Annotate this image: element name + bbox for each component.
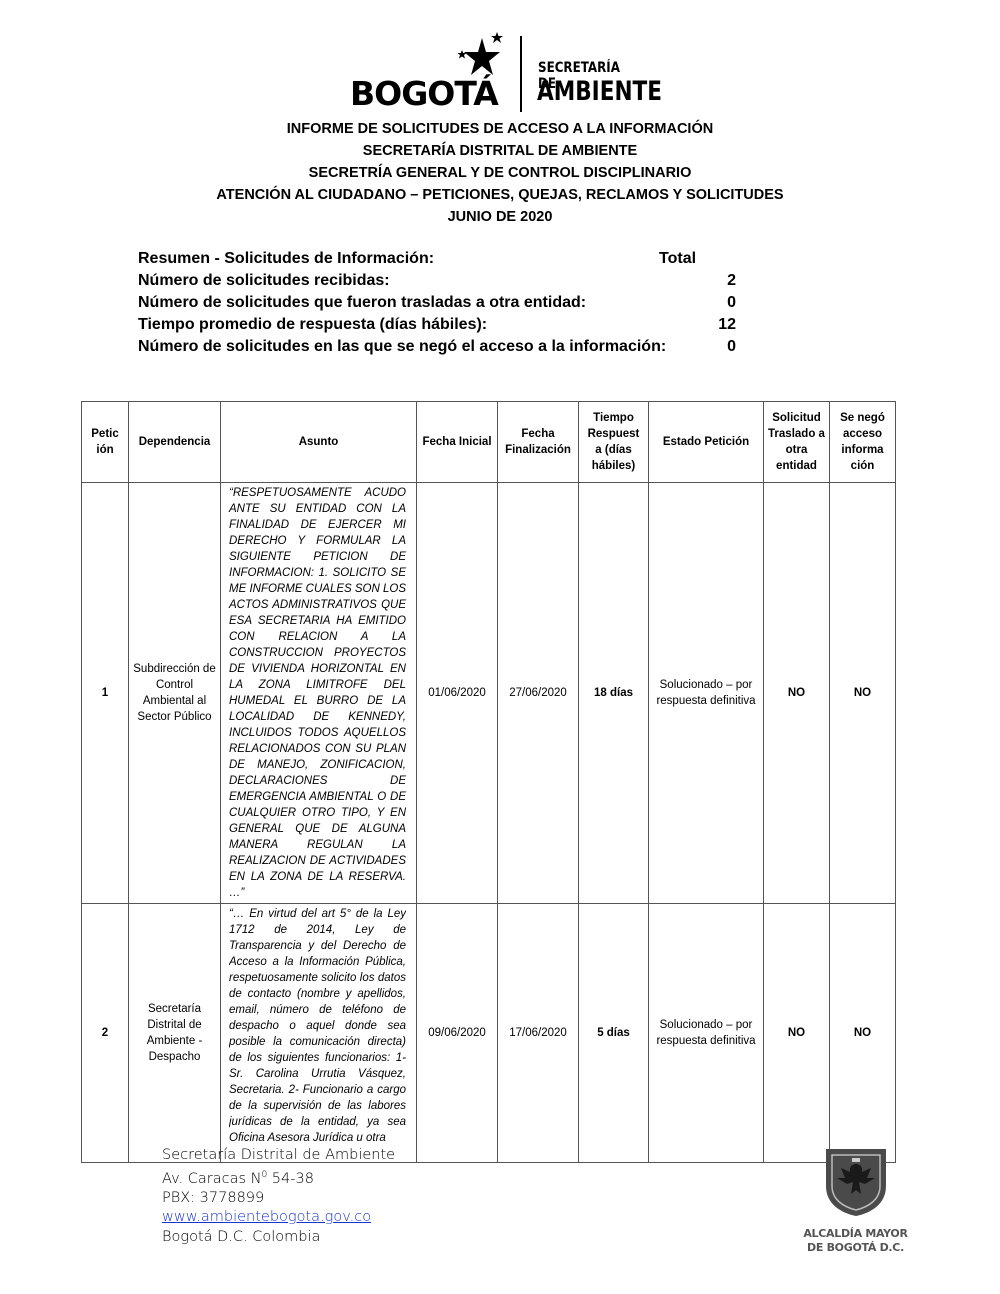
summary-value: 12	[676, 314, 736, 336]
footer-city: Bogotá D.C. Colombia	[162, 1228, 395, 1248]
cell-traslado: NO	[764, 904, 830, 1163]
cell-traslado: NO	[764, 483, 830, 904]
summary-heading: Resumen - Solicitudes de Información:	[138, 248, 434, 270]
cell-negado: NO	[830, 904, 896, 1163]
requests-table: Petic ión Dependencia Asunto Fecha Inici…	[81, 401, 896, 1163]
cell-estado: Solucionado – por respuesta definitiva	[649, 904, 764, 1163]
cell-asunto: “RESPETUOSAMENTE ACUDO ANTE SU ENTIDAD C…	[221, 483, 417, 904]
header-estado-peticion: Estado Petición	[649, 402, 764, 483]
summary-row: Número de solicitudes en las que se negó…	[138, 336, 758, 358]
report-period: JUNIO DE 2020	[0, 206, 1000, 228]
report-entity: SECRETARÍA DISTRITAL DE AMBIENTE	[0, 140, 1000, 162]
header-dependencia: Dependencia	[129, 402, 221, 483]
cell-negado: NO	[830, 483, 896, 904]
footer-pbx: PBX: 3778899	[162, 1189, 395, 1209]
cell-fecha-finalizacion: 27/06/2020	[498, 483, 579, 904]
header-solicitud-traslado: Solicitud Traslado a otra entidad	[764, 402, 830, 483]
cell-fecha-inicial: 09/06/2020	[417, 904, 498, 1163]
header-fecha-inicial: Fecha Inicial	[417, 402, 498, 483]
alcaldia-seal: ALCALDÍA MAYOR DE BOGOTÁ D.C.	[798, 1146, 913, 1261]
report-title-block: INFORME DE SOLICITUDES DE ACCESO A LA IN…	[0, 118, 1000, 228]
summary-value: 0	[676, 292, 736, 314]
cell-dependencia: Subdirección de Control Ambiental al Sec…	[129, 483, 221, 904]
table-row: 2 Secretaría Distrital de Ambiente - Des…	[82, 904, 896, 1163]
cell-peticion: 1	[82, 483, 129, 904]
summary-row: Número de solicitudes que fueron traslad…	[138, 292, 758, 314]
cell-fecha-inicial: 01/06/2020	[417, 483, 498, 904]
footer-address: Av. Caracas N0 54-38	[162, 1166, 395, 1189]
summary-value: 2	[676, 270, 736, 292]
header-se-nego-acceso: Se negó acceso informa ción	[830, 402, 896, 483]
footer-org: Secretaría Distrital de Ambiente	[162, 1146, 395, 1166]
header-fecha-finalizacion: Fecha Finalización	[498, 402, 579, 483]
seal-line-2: DE BOGOTÁ D.C.	[798, 1241, 913, 1255]
cell-estado: Solucionado – por respuesta definitiva	[649, 483, 764, 904]
header-tiempo-respuesta: Tiempo Respuest a (días hábiles)	[579, 402, 649, 483]
summary-total-header: Total	[659, 248, 696, 270]
cell-dependencia: Secretaría Distrital de Ambiente - Despa…	[129, 904, 221, 1163]
cell-asunto: “… En virtud del art 5° de la Ley 1712 d…	[221, 904, 417, 1163]
secretaria-ambiente-logo: BOGOTÁ SECRETARÍA DE AMBIENTE	[340, 30, 660, 115]
logo-ambiente-text: AMBIENTE	[537, 76, 662, 107]
table-row: 1 Subdirección de Control Ambiental al S…	[82, 483, 896, 904]
cell-tiempo: 18 días	[579, 483, 649, 904]
cell-fecha-finalizacion: 17/06/2020	[498, 904, 579, 1163]
coat-of-arms-icon	[823, 1146, 889, 1218]
stars-icon	[452, 30, 512, 85]
report-title: INFORME DE SOLICITUDES DE ACCESO A LA IN…	[0, 118, 1000, 140]
summary-label: Número de solicitudes que fueron traslad…	[138, 292, 586, 314]
header-peticion: Petic ión	[82, 402, 129, 483]
summary-label: Número de solicitudes recibidas:	[138, 270, 390, 292]
table-header-row: Petic ión Dependencia Asunto Fecha Inici…	[82, 402, 896, 483]
summary-label: Tiempo promedio de respuesta (días hábil…	[138, 314, 487, 336]
logo-divider	[520, 36, 522, 112]
footer-website-link[interactable]: www.ambientebogota.gov.co	[162, 1209, 371, 1225]
header-asunto: Asunto	[221, 402, 417, 483]
asunto-text: “… En virtud del art 5° de la Ley 1712 d…	[229, 906, 406, 1160]
seal-line-1: ALCALDÍA MAYOR	[798, 1227, 913, 1241]
summary-value: 0	[676, 336, 736, 358]
cell-tiempo: 5 días	[579, 904, 649, 1163]
summary-block: Resumen - Solicitudes de Información: To…	[138, 248, 758, 358]
footer-contact: Secretaría Distrital de Ambiente Av. Car…	[162, 1146, 395, 1247]
report-department: SECRETRÍA GENERAL Y DE CONTROL DISCIPLIN…	[0, 162, 1000, 184]
summary-row: Tiempo promedio de respuesta (días hábil…	[138, 314, 758, 336]
summary-row: Número de solicitudes recibidas: 2	[138, 270, 758, 292]
cell-peticion: 2	[82, 904, 129, 1163]
report-area: ATENCIÓN AL CIUDADANO – PETICIONES, QUEJ…	[0, 184, 1000, 206]
summary-label: Número de solicitudes en las que se negó…	[138, 336, 666, 358]
